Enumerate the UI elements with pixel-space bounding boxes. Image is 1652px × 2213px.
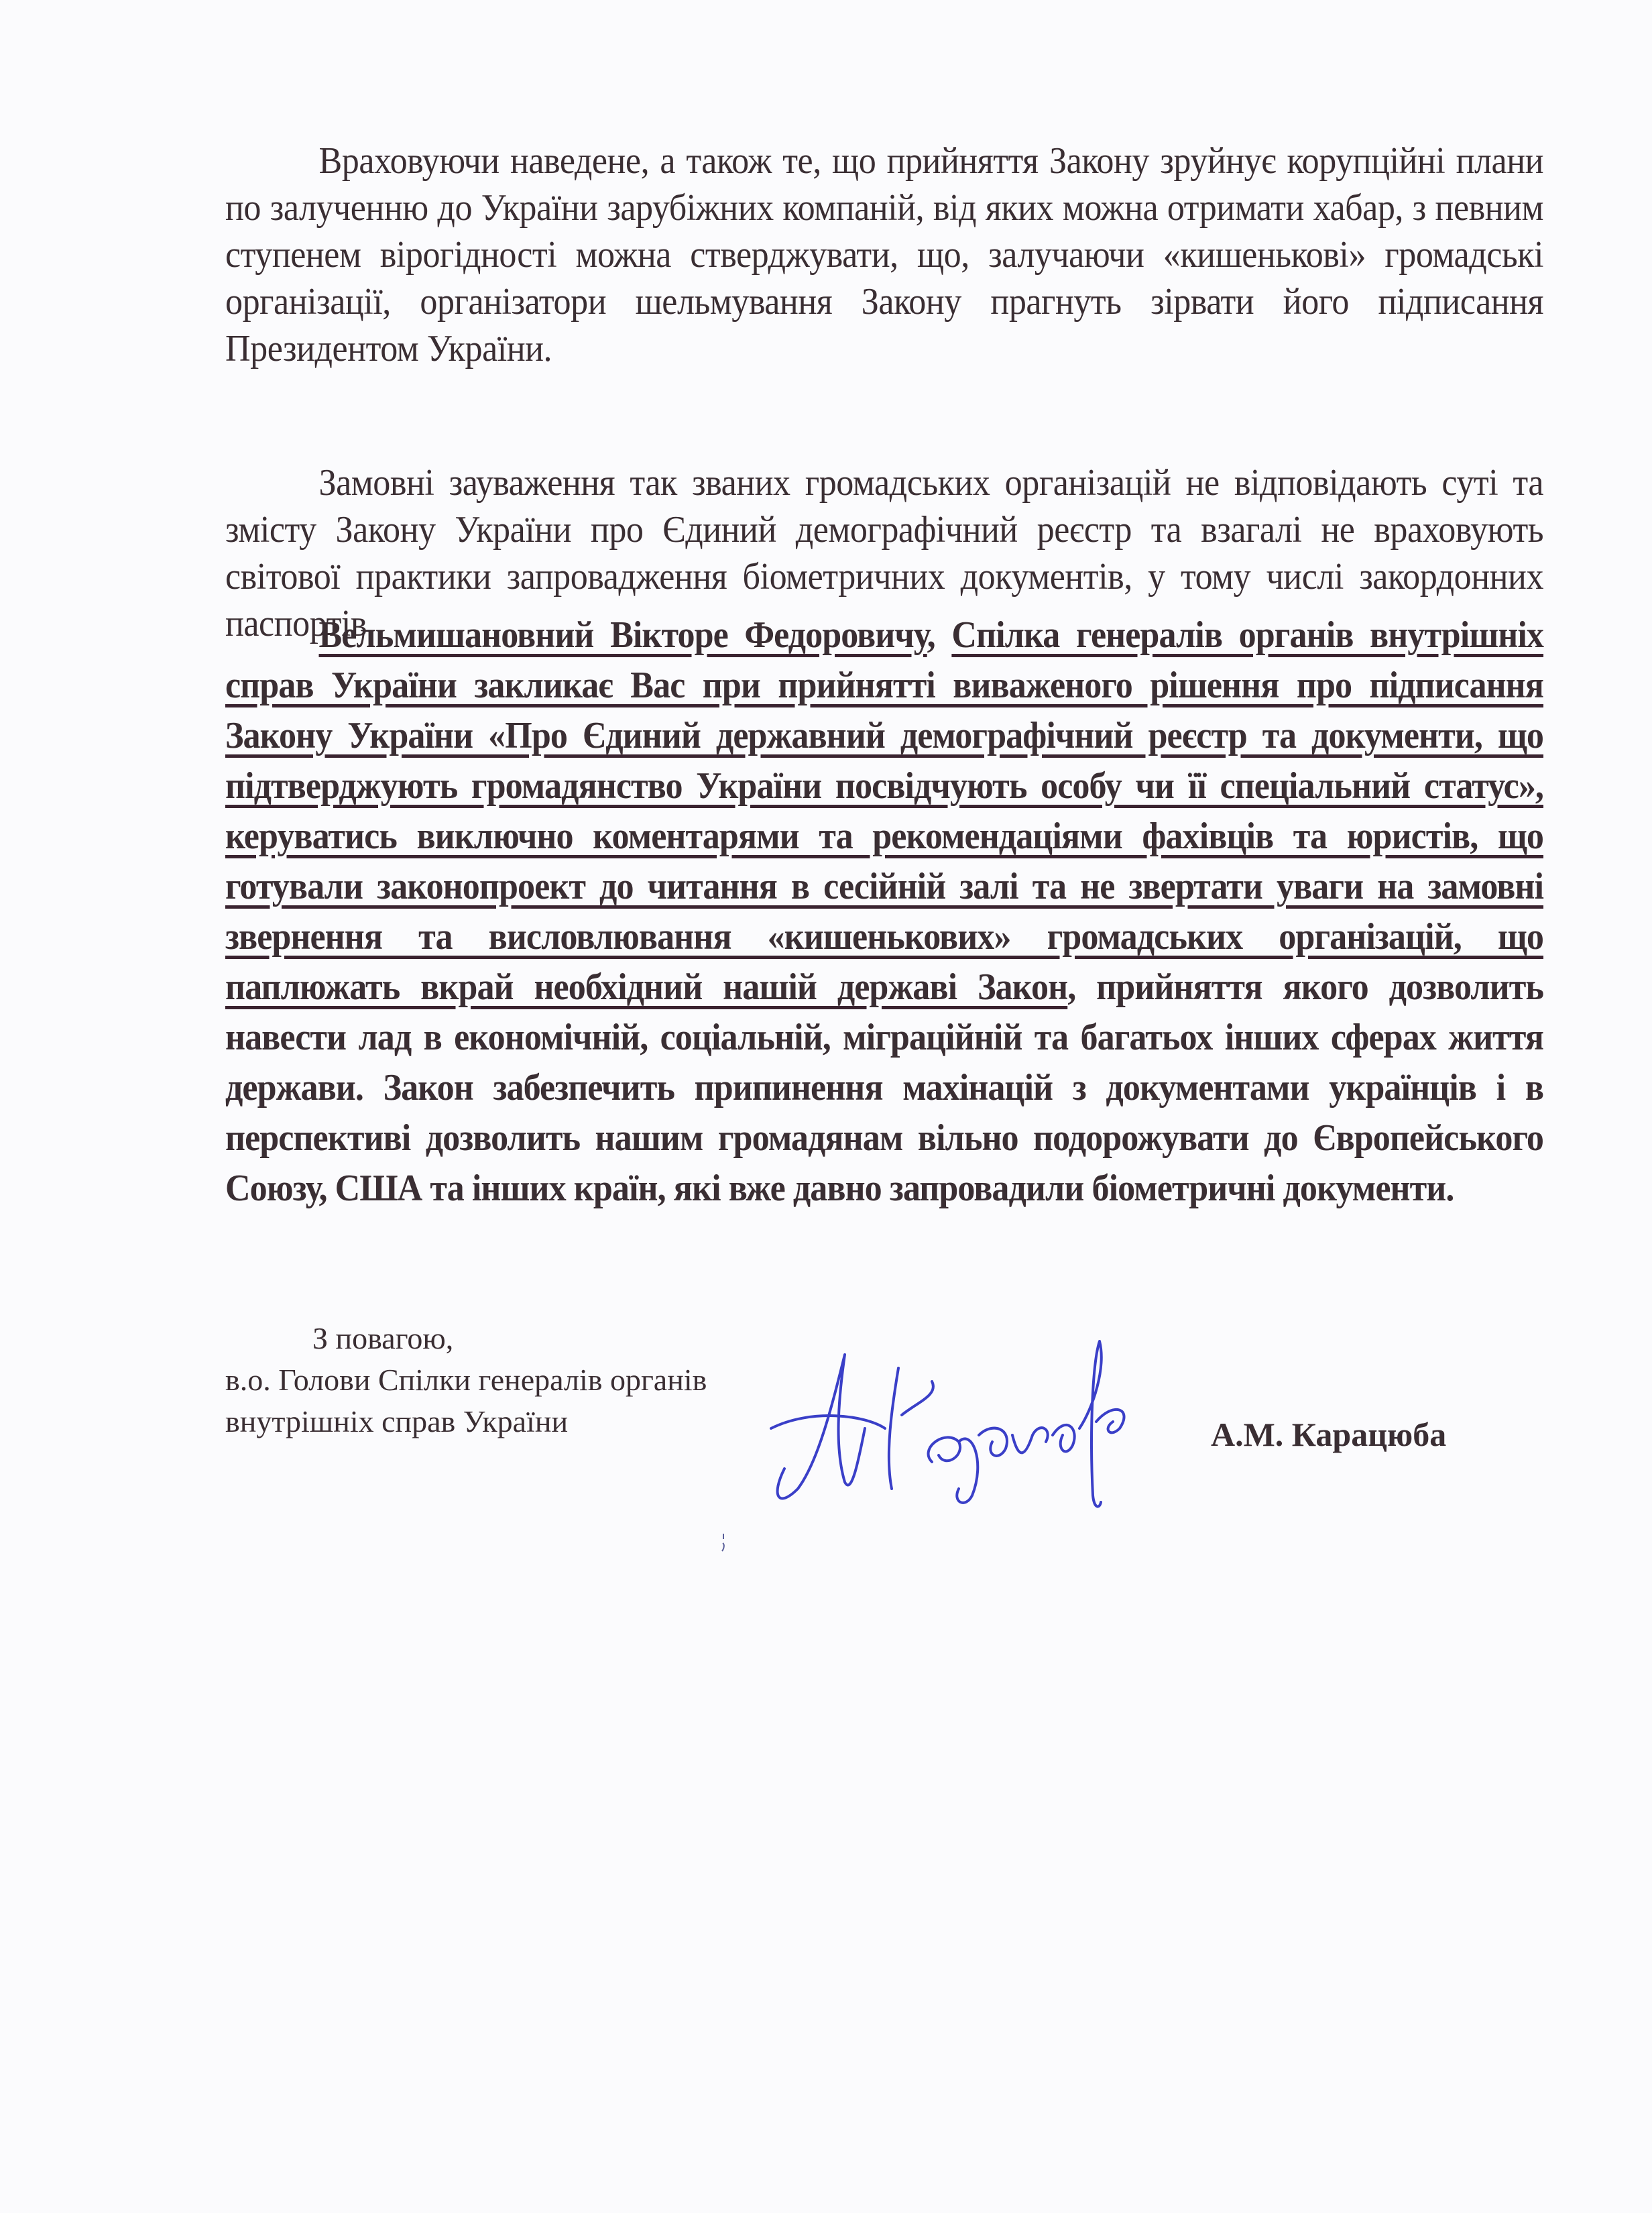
signer-title-line1: в.о. Голови Спілки генералів органів	[225, 1359, 707, 1401]
comma: ,	[927, 614, 952, 656]
signer-title-line2: внутрішніх справ України	[225, 1401, 707, 1442]
signer-name: А.М. Карацюба	[1211, 1415, 1446, 1454]
paragraph-appeal: Вельмишановний Вікторе Федоровичу, Спілк…	[225, 610, 1543, 1214]
scan-artifact-mark-icon	[721, 1532, 726, 1552]
closing-block: З повагою, в.о. Голови Спілки генералів …	[225, 1318, 707, 1442]
closing-regards: З повагою,	[225, 1318, 707, 1359]
handwritten-signature-icon	[758, 1328, 1227, 1522]
appeal-underlined-text: Спілка генералів органів внутрішніх спра…	[225, 614, 1543, 1008]
paragraph-corruption-plans: Враховуючи наведене, а також те, що прий…	[225, 137, 1543, 372]
salutation: Вельмишановний Вікторе Федоровичу	[319, 614, 927, 656]
